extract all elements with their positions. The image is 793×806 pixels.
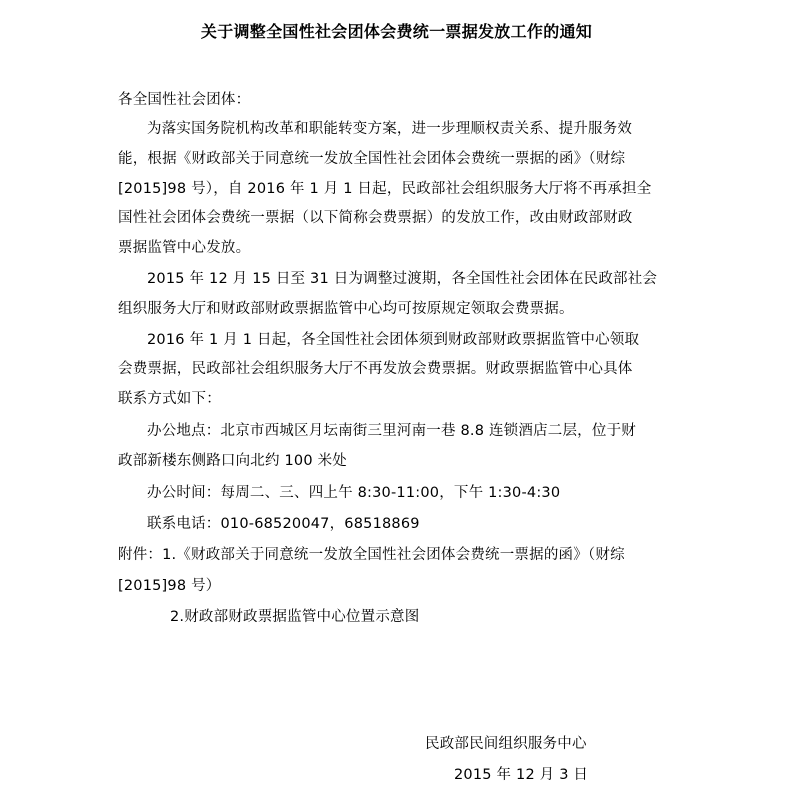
contact-phone: 联系电话：010-68520047，68518869 (147, 512, 420, 533)
para1-line: 能，根据《财政部关于同意统一发放全国性社会团体会费统一票据的函》（财综 (118, 147, 625, 168)
para1-line: 为落实国务院机构改革和职能转变方案，进一步理顺权责关系、提升服务效 (147, 117, 632, 138)
attachment-1-cont: [2015]98 号） (118, 574, 220, 595)
para2-line: 组织服务大厅和财政部财政票据监管中心均可按原规定领取会费票据。 (118, 297, 574, 318)
salutation: 各全国性社会团体： (118, 88, 250, 109)
attachment-2: 2.财政部财政票据监管中心位置示意图 (170, 605, 419, 626)
para1-line: [2015]98 号），自 2016 年 1 月 1 日起，民政部社会组织服务大… (118, 177, 651, 198)
contact-hours: 办公时间：每周二、三、四上午 8:30-11:00，下午 1:30-4:30 (147, 481, 560, 502)
attachment-1: 附件：1.《财政部关于同意统一发放全国性社会团体会费统一票据的函》（财综 (118, 543, 625, 564)
para3-line: 会费票据，民政部社会组织服务大厅不再发放会费票据。财政票据监管中心具体 (118, 357, 633, 378)
para3-line: 2016 年 1 月 1 日起，各全国性社会团体须到财政部财政票据监管中心领取 (147, 328, 639, 349)
contact-address: 政部新楼东侧路口向北约 100 米处 (118, 449, 347, 470)
para2-line: 2015 年 12 月 15 日至 31 日为调整过渡期，各全国性社会团体在民政… (147, 267, 657, 288)
para1-line: 票据监管中心发放。 (118, 236, 250, 257)
signature-date: 2015 年 12 月 3 日 (454, 763, 588, 784)
document-title: 关于调整全国性社会团体会费统一票据发放工作的通知 (0, 19, 793, 42)
para1-line: 国性社会团体会费统一票据（以下简称会费票据）的发放工作，改由财政部财政 (118, 206, 633, 227)
contact-address: 办公地点：北京市西城区月坛南街三里河南一巷 8.8 连锁酒店二层，位于财 (147, 419, 636, 440)
para3-line: 联系方式如下： (118, 387, 221, 408)
signature-org: 民政部民间组织服务中心 (425, 732, 587, 753)
